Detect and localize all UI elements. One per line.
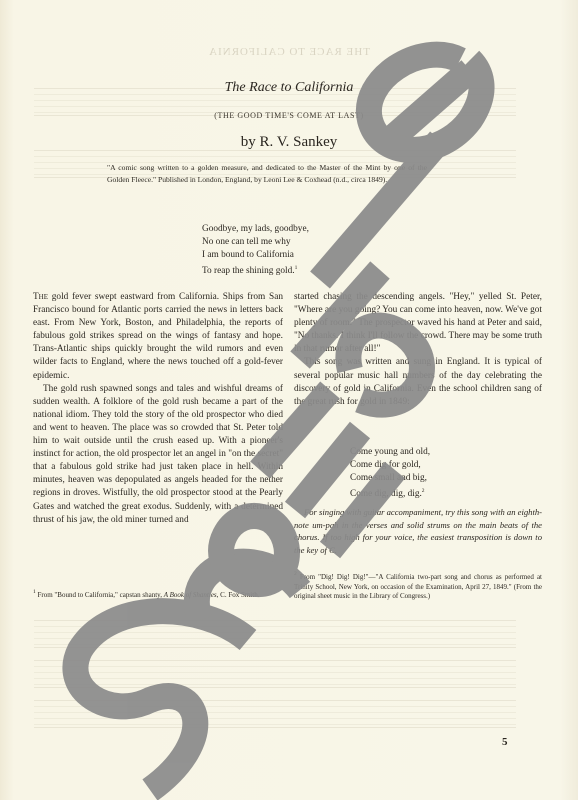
- verse-come-dig: Come young and old, Come dig for gold, C…: [350, 446, 430, 501]
- footnote-ref[interactable]: 2: [422, 488, 425, 494]
- left-column: The gold fever swept eastward from Calif…: [33, 291, 283, 527]
- verse-line: I am bound to California: [202, 249, 309, 262]
- paragraph: For singing with guitar accompaniment, t…: [294, 506, 542, 556]
- paragraph: The gold rush spawned songs and tales an…: [33, 383, 283, 527]
- song-title: The Race to California: [0, 80, 578, 96]
- intro-note: "A comic song written to a golden measur…: [107, 162, 427, 185]
- bleed-through-staff: [34, 660, 516, 688]
- verse-line: No one can tell me why: [202, 236, 309, 249]
- footnote-2: 2 From "Dig! Dig! Dig!"—"A California tw…: [294, 570, 542, 602]
- book-page: THE RACE TO CALIFORNIA The Race to Calif…: [0, 0, 578, 800]
- verse-line: Come small and big,: [350, 472, 430, 485]
- page-number: 5: [502, 736, 508, 748]
- bleed-through-staff: [34, 700, 516, 728]
- verse-goodbye: Goodbye, my lads, goodbye, No one can te…: [202, 223, 309, 278]
- verse-line: Come dig for gold,: [350, 459, 430, 472]
- footnote-1: 1 From "Bound to California," capstan sh…: [33, 588, 283, 601]
- bleed-through-staff: [34, 620, 516, 648]
- performance-note: For singing with guitar accompaniment, t…: [294, 506, 542, 556]
- paragraph: started chasing the descending angels. "…: [294, 291, 542, 356]
- verse-line: Come young and old,: [350, 446, 430, 459]
- verse-line: Come dig, dig, dig.2: [350, 485, 430, 501]
- right-column: started chasing the descending angels. "…: [294, 291, 542, 409]
- song-subtitle: (the good time's come at last): [0, 111, 578, 120]
- paragraph: This song was written and sung in Englan…: [294, 356, 542, 408]
- verse-line: To reap the shining gold.1: [202, 262, 309, 278]
- footnote-ref[interactable]: 1: [295, 265, 298, 271]
- bleed-through-header: THE RACE TO CALIFORNIA: [0, 46, 578, 58]
- verse-line: Goodbye, my lads, goodbye,: [202, 223, 309, 236]
- paragraph: The gold fever swept eastward from Calif…: [33, 291, 283, 383]
- author-byline: by R. V. Sankey: [0, 134, 578, 151]
